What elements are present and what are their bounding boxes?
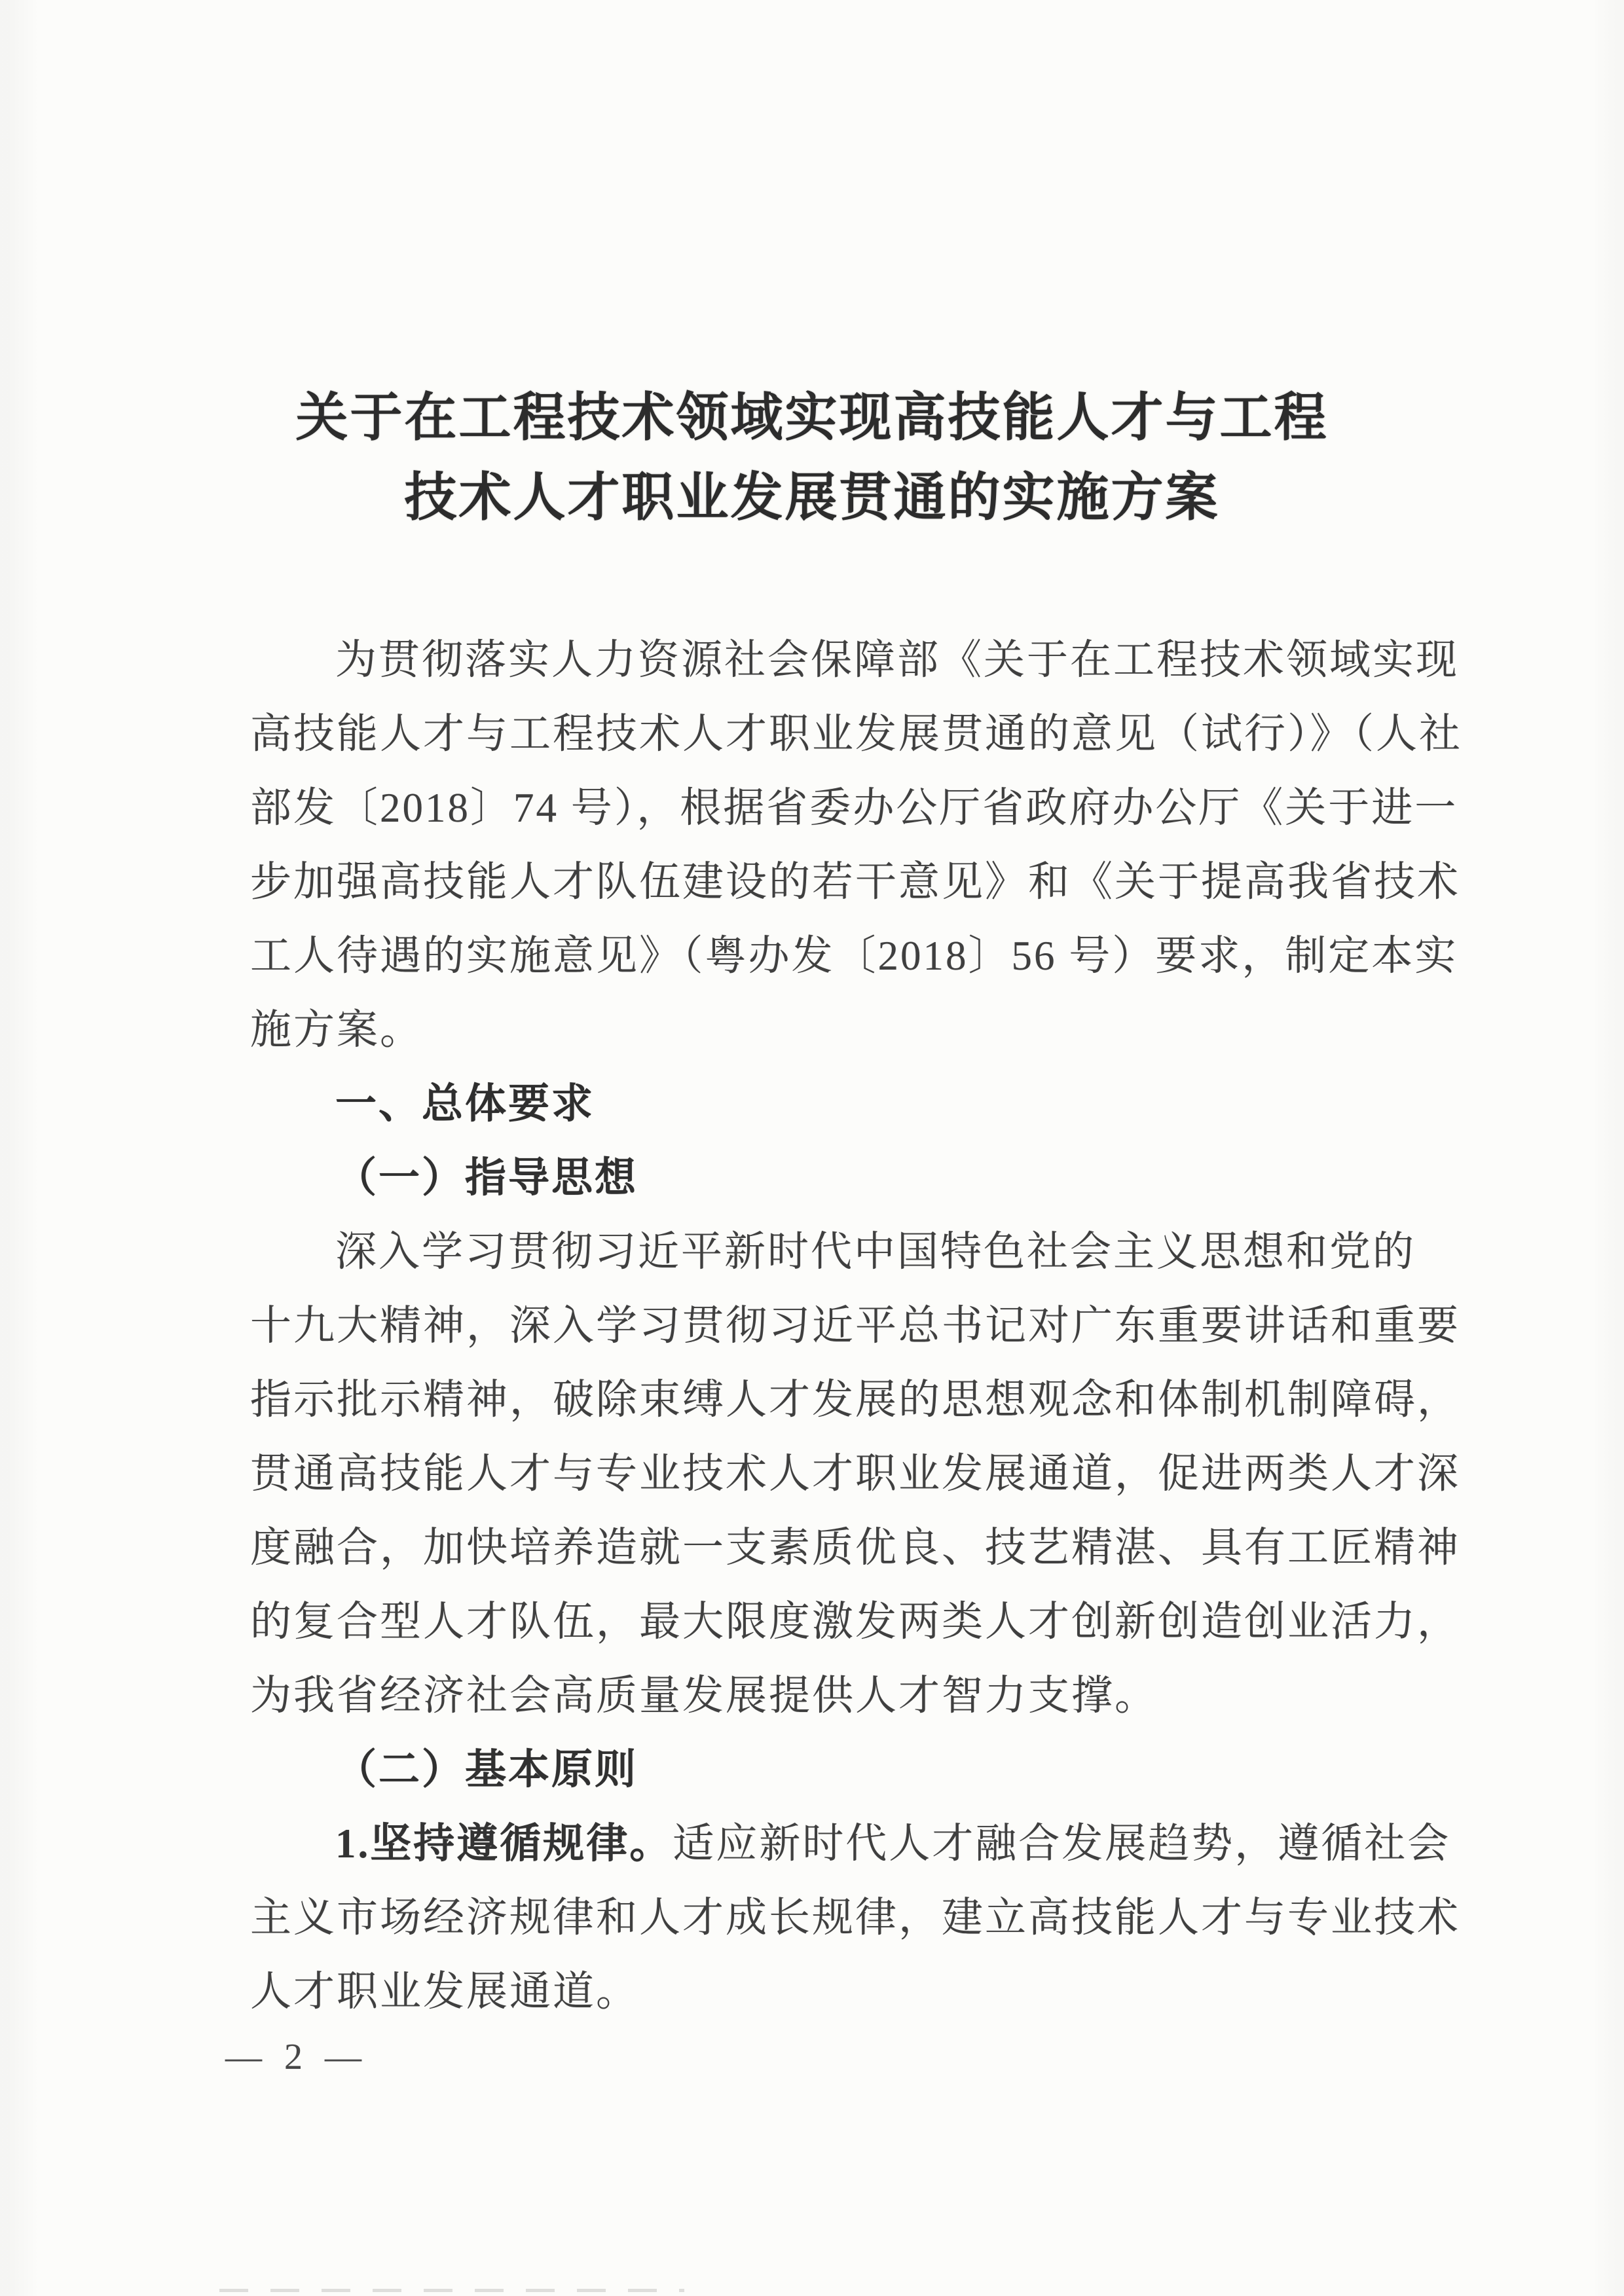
opening-paragraph-line: 施方案。 [250,993,1409,1067]
subheading-guiding-thought-line: （一）指导思想 [250,1141,1409,1215]
scan-noise-artifact [219,2289,684,2292]
guiding-thought-paragraph-line: 为我省经济社会高质量发展提供人才智力支撑。 [250,1659,1409,1733]
basic-principles-paragraph-line: 人才职业发展通道。 [250,1955,1409,2029]
basic-principles-paragraph-line: 主义市场经济规律和人才成长规律，建立高技能人才与专业技术 [250,1881,1409,1955]
document-title: 关于在工程技术领域实现高技能人才与工程 技术人才职业发展贯通的实施方案 [0,378,1624,538]
page-number: — 2 — [225,2037,368,2077]
principle-lead-text: 1.坚持遵循规律。 [335,1821,673,1867]
opening-paragraph-line: 部发〔2018〕74 号），根据省委办公厅省政府办公厅《关于进一 [250,771,1409,845]
document-body: 为贯彻落实人力资源社会保障部《关于在工程技术领域实现高技能人才与工程技术人才职业… [250,623,1409,2029]
guiding-thought-paragraph-line: 指示批示精神，破除束缚人才发展的思想观念和体制机制障碍， [250,1363,1409,1437]
section-heading-overall-requirements-line: 一、总体要求 [250,1067,1409,1141]
guiding-thought-paragraph-line: 的复合型人才队伍，最大限度激发两类人才创新创造创业活力， [250,1585,1409,1659]
opening-paragraph-line: 步加强高技能人才队伍建设的若干意见》和《关于提高我省技术 [250,845,1409,919]
document-title-line-2: 技术人才职业发展贯通的实施方案 [0,458,1624,538]
document-title-line-1: 关于在工程技术领域实现高技能人才与工程 [0,378,1624,458]
guiding-thought-paragraph-line: 贯通高技能人才与专业技术人才职业发展通道，促进两类人才深 [250,1437,1409,1511]
guiding-thought-paragraph-line: 深入学习贯彻习近平新时代中国特色社会主义思想和党的 [250,1215,1409,1289]
document-page: 关于在工程技术领域实现高技能人才与工程 技术人才职业发展贯通的实施方案 为贯彻落… [0,0,1624,2296]
basic-principles-paragraph-line: 1.坚持遵循规律。适应新时代人才融合发展趋势，遵循社会 [250,1807,1409,1881]
guiding-thought-paragraph-line: 十九大精神，深入学习贯彻习近平总书记对广东重要讲话和重要 [250,1289,1409,1363]
opening-paragraph-line: 高技能人才与工程技术人才职业发展贯通的意见（试行）》（人社 [250,697,1409,771]
opening-paragraph-line: 为贯彻落实人力资源社会保障部《关于在工程技术领域实现 [250,623,1409,697]
subheading-basic-principles-line: （二）基本原则 [250,1733,1409,1807]
opening-paragraph-line: 工人待遇的实施意见》（粤办发〔2018〕56 号）要求，制定本实 [250,919,1409,993]
guiding-thought-paragraph-line: 度融合，加快培养造就一支素质优良、技艺精湛、具有工匠精神 [250,1511,1409,1585]
